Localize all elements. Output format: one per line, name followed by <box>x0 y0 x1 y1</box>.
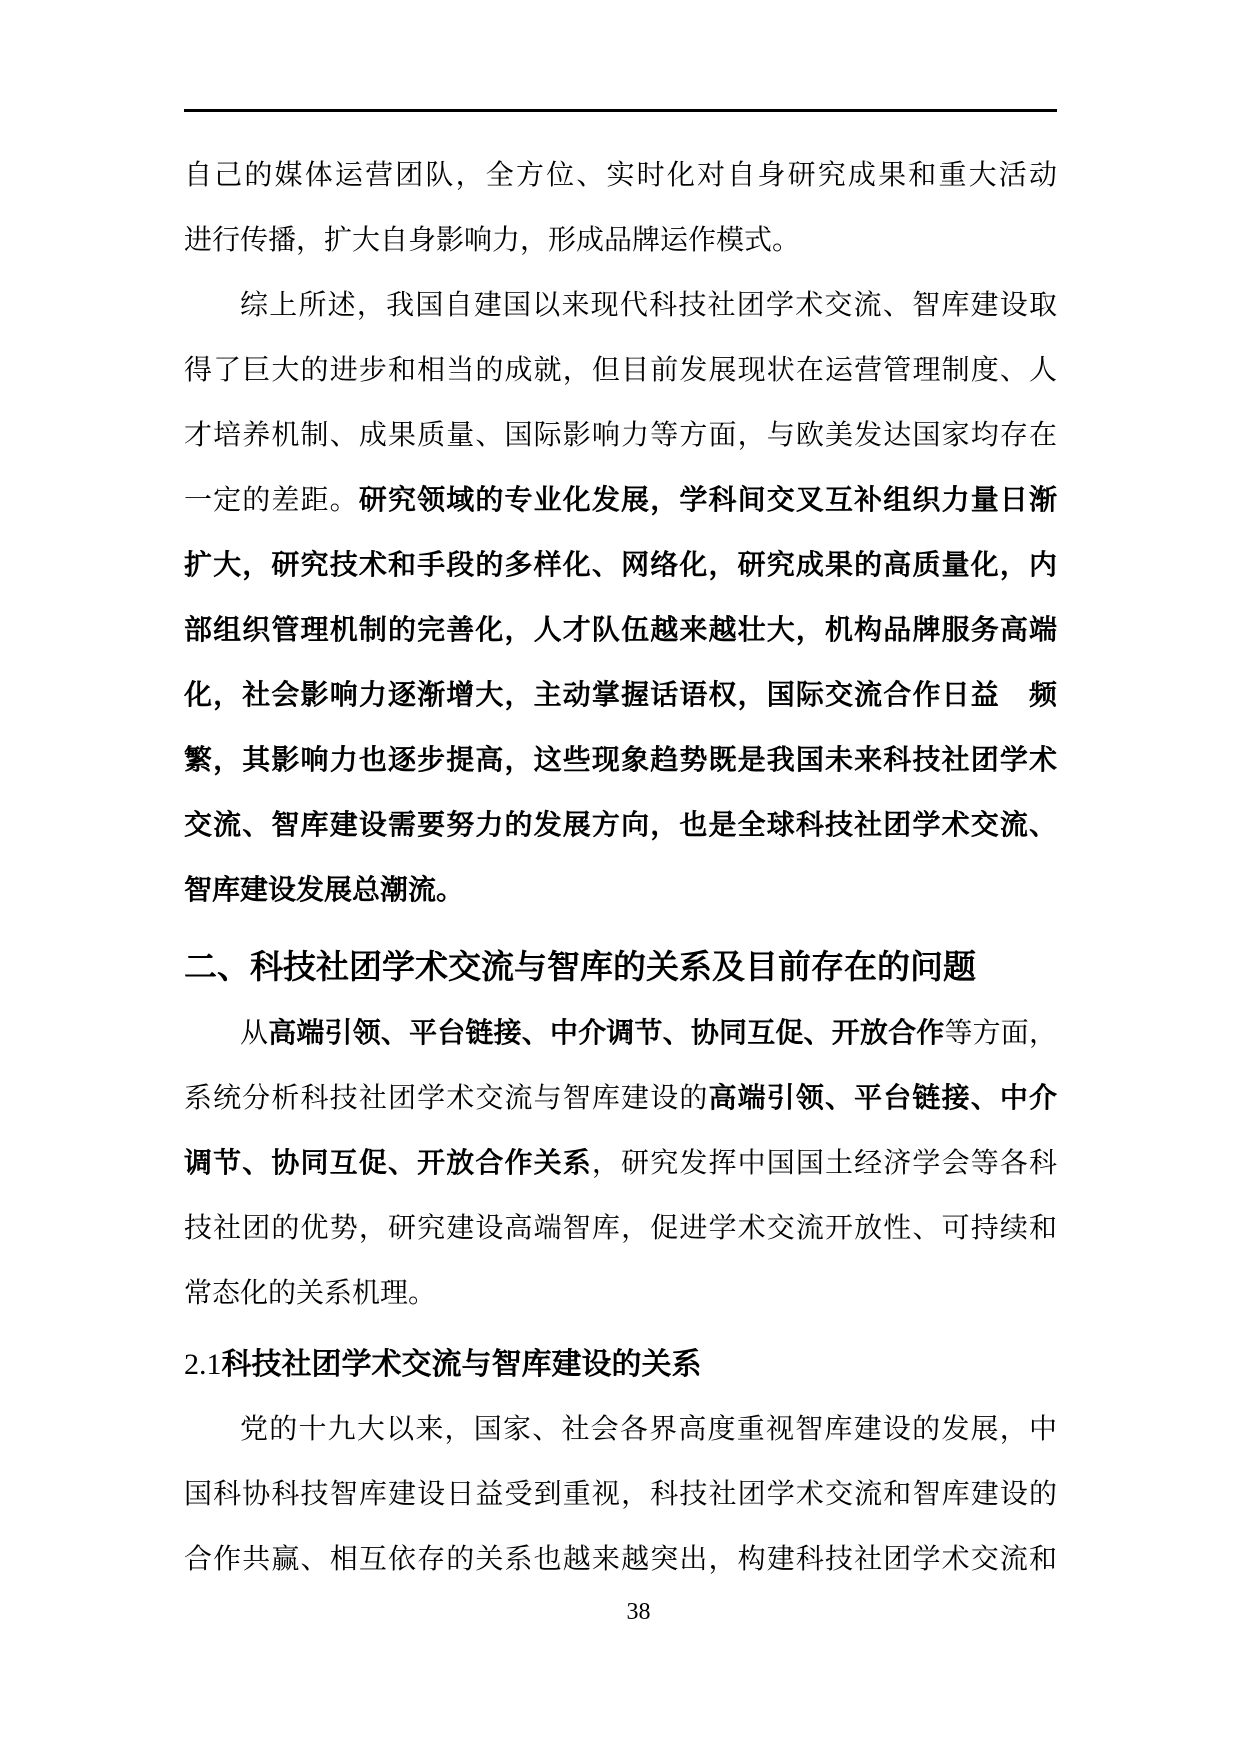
text-line: 智库建设发展总潮流。 <box>184 858 1057 923</box>
text-run: 部组织管理机制的完善化，人才队伍越来越壮大，机构品牌服务高端 <box>184 615 1057 646</box>
text-run: 科技社团学术交流与智库建设的关系 <box>222 1348 702 1381</box>
text-line: 繁，其影响力也逐步提高，这些现象趋势既是我国未来科技社团学术 <box>184 728 1057 793</box>
document-body: 自己的媒体运营团队，全方位、实时化对自身研究成果和重大活动进行传播，扩大自身影响… <box>184 143 1057 1592</box>
text-run: 研究领域的专业化发展，学科间交叉互补组织力量日渐 <box>359 485 1057 516</box>
text-run: 技社团的优势，研究建设高端智库，促进学术交流开放性、可持续和 <box>184 1213 1057 1244</box>
page-number: 38 <box>184 1597 1057 1627</box>
text-run: 二、科技社团学术交流与智库的关系及目前存在的问题 <box>184 950 976 986</box>
text-line: 化，社会影响力逐渐增大，主动掌握话语权，国际交流合作日益 频 <box>184 663 1057 728</box>
text-run: 高端引领、平台链接、中介调节、协同互促、开放合作 <box>268 1018 944 1049</box>
text-line: 交流、智库建设需要努力的发展方向，也是全球科技社团学术交流、 <box>184 793 1057 858</box>
text-line: 部组织管理机制的完善化，人才队伍越来越壮大，机构品牌服务高端 <box>184 598 1057 663</box>
text-run: 才培养机制、成果质量、国际影响力等方面，与欧美发达国家均存在 <box>184 420 1057 451</box>
text-run: 合作共赢、相互依存的关系也越来越突出，构建科技社团学术交流和 <box>184 1544 1057 1575</box>
text-run: 系统分析科技社团学术交流与智库建设的 <box>184 1083 708 1114</box>
text-run: 常态化的关系机理。 <box>184 1278 436 1309</box>
text-run: 扩大，研究技术和手段的多样化、网络化，研究成果的高质量化，内 <box>184 550 1057 581</box>
text-run: 交流、智库建设需要努力的发展方向，也是全球科技社团学术交流、 <box>184 810 1057 841</box>
text-run: 等方面， <box>944 1018 1057 1049</box>
header-rule <box>184 109 1057 112</box>
text-line: 技社团的优势，研究建设高端智库，促进学术交流开放性、可持续和 <box>184 1196 1057 1261</box>
text-line: 合作共赢、相互依存的关系也越来越突出，构建科技社团学术交流和 <box>184 1527 1057 1592</box>
text-line: 才培养机制、成果质量、国际影响力等方面，与欧美发达国家均存在 <box>184 403 1057 468</box>
text-run: 国科协科技智库建设日益受到重视，科技社团学术交流和智库建设的 <box>184 1479 1057 1510</box>
text-line: 调节、协同互促、开放合作关系，研究发挥中国国土经济学会等各科 <box>184 1131 1057 1196</box>
text-line: 党的十九大以来，国家、社会各界高度重视智库建设的发展，中 <box>184 1397 1057 1462</box>
text-run: 2.1 <box>184 1348 222 1381</box>
text-line: 得了巨大的进步和相当的成就，但目前发展现状在运营管理制度、人 <box>184 338 1057 403</box>
text-line: 扩大，研究技术和手段的多样化、网络化，研究成果的高质量化，内 <box>184 533 1057 598</box>
text-run: ，研究发挥中国国土经济学会等各科 <box>592 1148 1057 1179</box>
text-line: 从高端引领、平台链接、中介调节、协同互促、开放合作等方面， <box>184 1001 1057 1066</box>
text-line: 国科协科技智库建设日益受到重视，科技社团学术交流和智库建设的 <box>184 1462 1057 1527</box>
document-page: 自己的媒体运营团队，全方位、实时化对自身研究成果和重大活动进行传播，扩大自身影响… <box>0 0 1240 1753</box>
text-line: 一定的差距。研究领域的专业化发展，学科间交叉互补组织力量日渐 <box>184 468 1057 533</box>
subsection-heading: 2.1科技社团学术交流与智库建设的关系 <box>184 1332 1057 1397</box>
text-line: 常态化的关系机理。 <box>184 1261 1057 1326</box>
text-line: 自己的媒体运营团队，全方位、实时化对自身研究成果和重大活动 <box>184 143 1057 208</box>
text-run: 调节、协同互促、开放合作关系 <box>184 1148 592 1179</box>
section-heading: 二、科技社团学术交流与智库的关系及目前存在的问题 <box>184 936 1057 1001</box>
text-run: 进行传播，扩大自身影响力，形成品牌运作模式。 <box>184 225 800 256</box>
text-line: 进行传播，扩大自身影响力，形成品牌运作模式。 <box>184 208 1057 273</box>
text-run: 智库建设发展总潮流。 <box>184 875 464 906</box>
text-run: 化，社会影响力逐渐增大，主动掌握话语权，国际交流合作日益 频 <box>184 680 1057 711</box>
text-run: 党的十九大以来，国家、社会各界高度重视智库建设的发展，中 <box>240 1414 1057 1445</box>
text-run: 综上所述，我国自建国以来现代科技社团学术交流、智库建设取 <box>240 290 1057 321</box>
text-line: 综上所述，我国自建国以来现代科技社团学术交流、智库建设取 <box>184 273 1057 338</box>
text-run: 一定的差距。 <box>184 485 359 516</box>
text-run: 繁，其影响力也逐步提高，这些现象趋势既是我国未来科技社团学术 <box>184 745 1057 776</box>
text-run: 得了巨大的进步和相当的成就，但目前发展现状在运营管理制度、人 <box>184 355 1057 386</box>
text-run: 高端引领、平台链接、中介 <box>708 1083 1057 1114</box>
text-run: 自己的媒体运营团队，全方位、实时化对自身研究成果和重大活动 <box>184 160 1057 191</box>
text-line: 系统分析科技社团学术交流与智库建设的高端引领、平台链接、中介 <box>184 1066 1057 1131</box>
text-run: 从 <box>240 1018 268 1049</box>
